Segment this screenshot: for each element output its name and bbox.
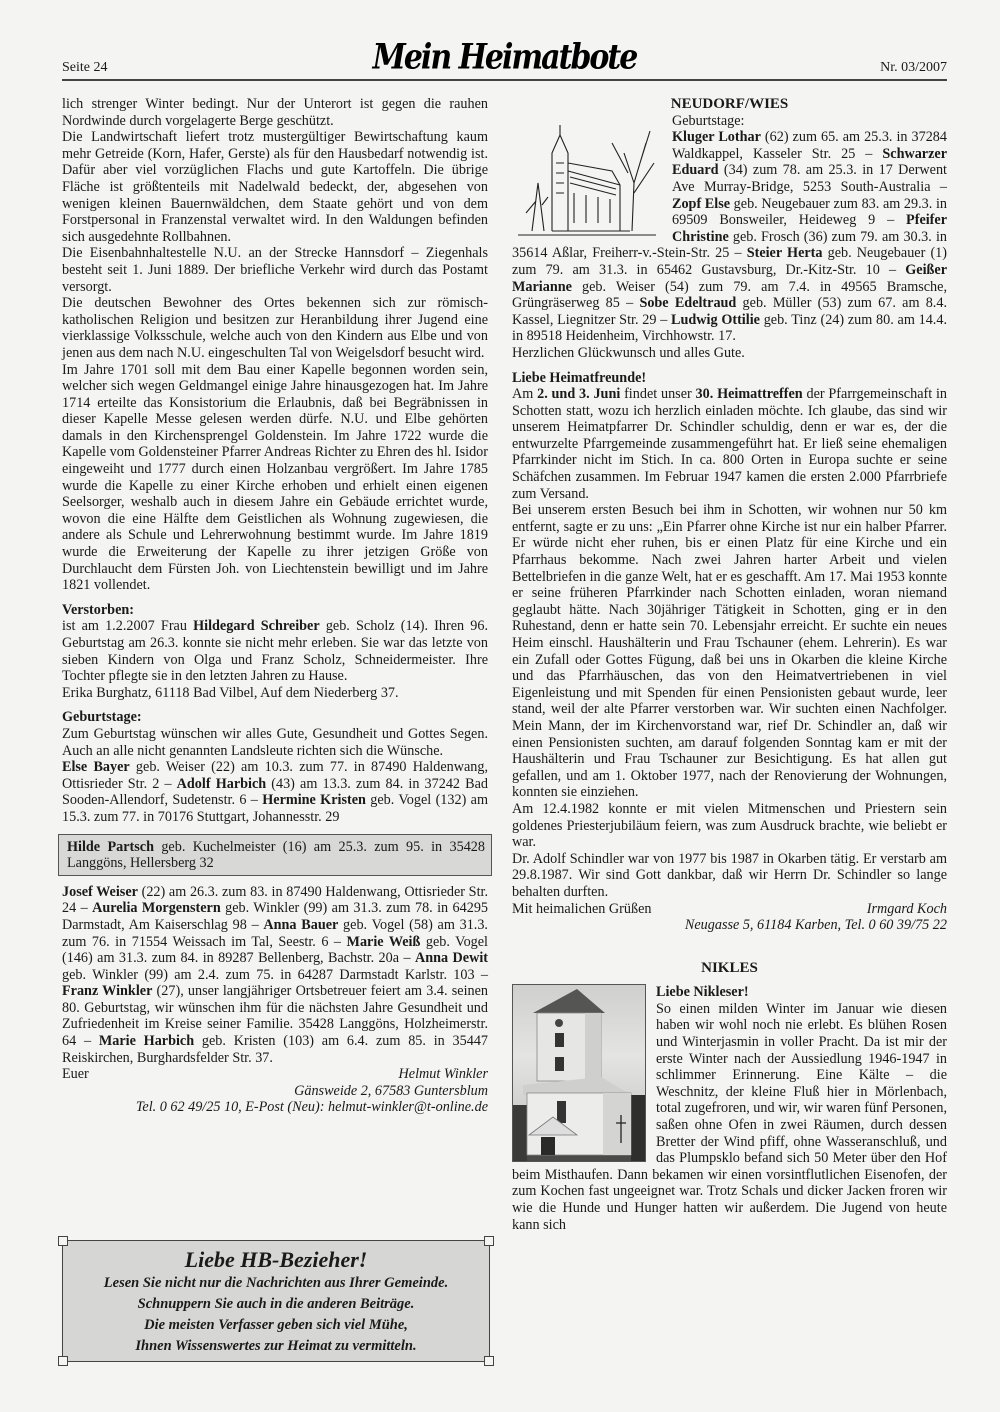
paragraph: Die deutschen Bewohner des Ortes bekenne… [62,295,488,361]
section-heading-neudorf: NEUDORF/WIES [512,96,947,113]
neudorf-wishes: Herzlichen Glückwunsch und alles Gute. [512,345,947,362]
author-address: Neugasse 5, 61184 Karben, Tel. 0 60 39/7… [512,917,947,934]
geburtstage-intro: Zum Geburtstag wünschen wir alles Gute, … [62,726,488,759]
birthday-list-1: Else Bayer geb. Weiser (22) am 10.3. zum… [62,759,488,825]
section-heading-nikles: NIKLES [512,960,947,977]
heimatfreunde-heading: Liebe Heimatfreunde! [512,370,947,387]
author-contact: Tel. 0 62 49/25 10, E-Post (Neu): helmut… [62,1099,488,1116]
verstorben-heading: Verstorben: [62,602,488,619]
paragraph: Die Landwirtschaft liefert trotz musterg… [62,129,488,245]
geburtstage-heading: Geburtstage: [62,709,488,726]
notice-title: Liebe HB-Bezieher! [63,1247,489,1273]
masthead-logo: Mein Heimatbote [62,37,947,77]
corner-ornament [484,1356,494,1366]
corner-ornament [484,1236,494,1246]
church-photo-image [512,984,646,1162]
author-name: Helmut Winkler [399,1066,488,1083]
verstorben-signature: Erika Burghatz, 61118 Bad Vilbel, Auf de… [62,685,488,702]
heimatfreunde-paragraph: Dr. Adolf Schindler war von 1977 bis 198… [512,851,947,901]
notice-line: Die meisten Verfasser geben sich viel Mü… [63,1315,489,1336]
page-header: Seite 24 Mein Heimatbote Nr. 03/2007 [62,40,947,80]
signature-line: Euer Helmut Winkler [62,1066,488,1083]
corner-ornament [58,1356,68,1366]
verstorben-text: ist am 1.2.2007 Frau Hildegard Schreiber… [62,618,488,684]
author-address: Gänsweide 2, 67583 Guntersblum [62,1083,488,1100]
church-sketch-icon [512,113,662,241]
birthday-list-2: Josef Weiser (22) am 26.3. zum 83. in 87… [62,884,488,1067]
heimatfreunde-paragraph: Bei unserem ersten Besuch bei ihm in Sch… [512,502,947,801]
church-photo-icon [513,985,645,1161]
highlight-birthday-box: Hilde Partsch geb. Kuchelmeister (16) am… [58,834,492,876]
heimatfreunde-paragraph: Am 12.4.1982 konnte er mit vielen Mitmen… [512,801,947,851]
paragraph: Im Jahre 1701 soll mit dem Bau einer Kap… [62,362,488,594]
notice-line: Lesen Sie nicht nur die Nachrichten aus … [63,1273,489,1294]
notice-line: Schnuppern Sie auch in die anderen Beitr… [63,1294,489,1315]
hb-subscriber-notice: Liebe HB-Bezieher! Lesen Sie nicht nur d… [62,1240,490,1362]
corner-ornament [58,1236,68,1246]
church-sketch-image [512,113,662,241]
signature-line: Mit heimalichen Grüßen Irmgard Koch [512,901,947,918]
deceased-name: Hildegard Schreiber [193,618,320,634]
author-name: Irmgard Koch [867,901,947,918]
left-column: lich strenger Winter bedingt. Nur der Un… [62,96,488,1116]
header-divider [62,79,947,81]
heimatfreunde-paragraph: Am 2. und 3. Juni findet unser 30. Heima… [512,386,947,502]
paragraph: lich strenger Winter bedingt. Nur der Un… [62,96,488,129]
right-column: NEUDORF/WIES Geburtstage: Kluger Lothar … [512,96,947,1233]
paragraph: Die Eisenbahnhaltestelle N.U. an der Str… [62,245,488,295]
issue-number: Nr. 03/2007 [880,60,947,76]
notice-line: Ihnen Wissenswertes zur Heimat zu vermit… [63,1336,489,1357]
